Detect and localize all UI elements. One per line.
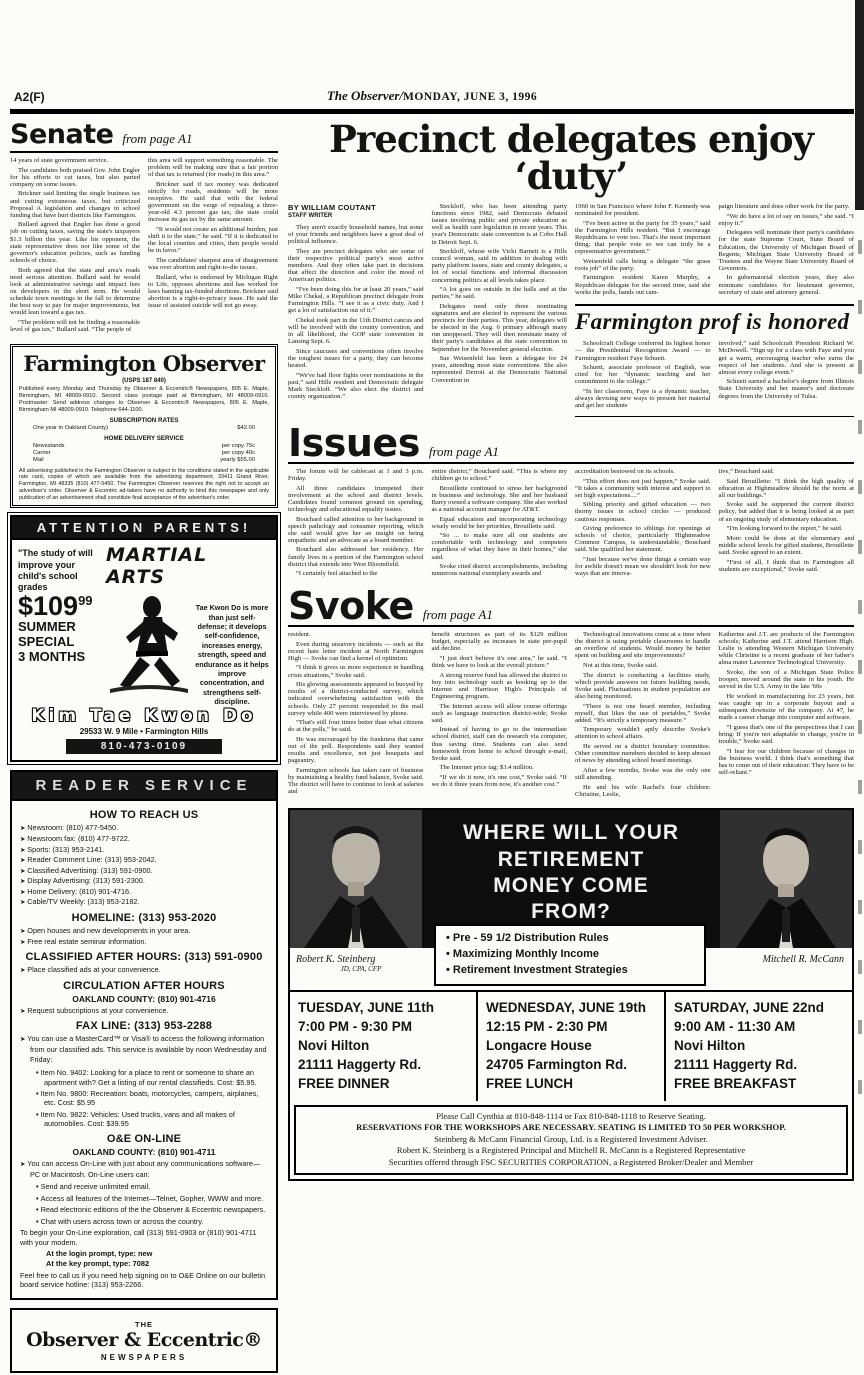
workshop-topics: Pre - 59 1/2 Distribution RulesMaximizin… [434, 924, 706, 986]
page-body: Senate from page A1 14 years of state go… [0, 114, 864, 1373]
paragraph: The candidates both praised Gov. John En… [10, 167, 140, 188]
homeline-list: Open houses and new developments in your… [20, 926, 268, 947]
paragraph: Steinberg & McCann Financial Group, Ltd.… [302, 1134, 840, 1146]
paragraph: Classified Advertising: (313) 591-0900. [20, 866, 268, 877]
rate-value: $42.00 [237, 425, 255, 432]
paragraph: involved,” said Schoolcraft President Ri… [719, 340, 855, 376]
paragraph: “I'm looking forward to the report,” he … [719, 525, 855, 532]
paragraph: Svoke, the son of a Michigan State Polic… [719, 669, 855, 690]
prof-col-1: Schoolcraft College conferred its highes… [575, 340, 711, 443]
svoke-col-2: benefit structures as part of its $129 m… [432, 631, 568, 800]
paragraph: “First of all, I think that in Farmingto… [719, 559, 855, 573]
paragraph: entire district,” Bouchard said. “This i… [432, 468, 568, 482]
rate-row: Newsstands per copy 75c [19, 443, 269, 450]
oe-online-title: O&E ON-LINE [20, 1133, 268, 1145]
session-venue: Novi Hilton [674, 1037, 844, 1056]
fax-items: Item No. 9402: Looking for a place to re… [20, 1068, 268, 1129]
mccann-photo [720, 810, 852, 948]
paragraph: Retirement Investment Strategies [446, 963, 694, 979]
paragraph: Request subscriptions at your convenienc… [20, 1006, 268, 1017]
paragraph: Home Delivery: (810) 901-4716. [20, 887, 268, 898]
paragraph: Robert K. Steinberg is a Registered Prin… [302, 1145, 840, 1157]
paragraph: You can access On-Line with just about a… [20, 1159, 268, 1180]
session-day: WEDNESDAY, JUNE 19th [486, 999, 656, 1018]
svoke-title: Svoke [288, 588, 414, 624]
session-venue: Longacre House [486, 1037, 656, 1056]
paragraph: RETIREMENT [422, 847, 720, 873]
rate-row: Carrier per copy 40c [19, 450, 269, 457]
issues-title: Issues [288, 425, 420, 461]
paragraph: “We do have a lot of say on issues,” she… [719, 213, 855, 227]
how-to-reach-us-title: HOW TO REACH US [20, 809, 268, 821]
session-card: SATURDAY, JUNE 22nd 9:00 AM - 11:30 AM N… [666, 992, 852, 1100]
paragraph: Instead of having to go to the intermedi… [432, 726, 568, 762]
masthead-box: Farmington Observer (USPS 187 840) Publi… [10, 344, 278, 509]
paragraph: Svoke said he supported the current dist… [719, 501, 855, 522]
paragraph: He served on a district boundary committ… [575, 743, 711, 764]
paragraph: Brouillette continued to stress her back… [432, 485, 568, 513]
home-delivery-title: HOME DELIVERY SERVICE [19, 435, 269, 442]
paragraph: “I think it gives us more experience in … [288, 664, 424, 678]
mccann-name: Mitchell R. McCann [763, 954, 844, 965]
paragraph: Item No. 9402: Looking for a place to re… [36, 1068, 268, 1087]
attention-parents-banner: ATTENTION PARENTS! [12, 517, 276, 540]
paragraph: 1960 in San Francisco where John F. Kenn… [575, 203, 711, 217]
session-venue: Novi Hilton [298, 1037, 468, 1056]
contact-list: Newsroom: (810) 477-5450.Newsroom fax: (… [20, 823, 268, 908]
paragraph: Farmington schools has taken care of bus… [288, 767, 424, 795]
paragraph: Sibling priority and gifted education — … [575, 501, 711, 522]
paragraph: Delegates will nominate their party's ca… [719, 229, 855, 272]
paragraph: Pre - 59 1/2 Distribution Rules [446, 931, 694, 947]
senate-col-1: 14 years of state government service.The… [10, 157, 140, 336]
paragraph: Svoke cited district accomplishments, in… [432, 563, 568, 577]
paragraph: Open houses and new developments in your… [20, 926, 268, 937]
paragraph: The district is conducting a facilities … [575, 672, 711, 700]
paragraph: tive,” Bouchard said. [719, 468, 855, 475]
publication-info: Published every Monday and Thursday by O… [19, 386, 269, 414]
price-dollars: $109 [18, 591, 78, 621]
paragraph: Chat with users across town or across th… [36, 1217, 268, 1226]
price-block: $10999 SUMMERSPECIAL3 MONTHS [18, 593, 104, 665]
paragraph: “I've been active in the party for 35 ye… [575, 220, 711, 256]
precinct-right-half: 1960 in San Francisco where John F. Kenn… [575, 203, 854, 417]
paragraph: FROM? [422, 899, 720, 925]
martial-arts-ad: ATTENTION PARENTS! "The study of will im… [10, 515, 278, 762]
paragraph: Bouchard called attention to her backgro… [288, 516, 424, 544]
paragraph: They aren't exactly household names, but… [288, 224, 424, 245]
paragraph: Read electronic editions of the the Obse… [36, 1205, 268, 1214]
paragraph: MONEY COME [422, 873, 720, 899]
taekwondo-blurb: Tae Kwon Do is more than just self-defen… [194, 593, 270, 706]
paragraph: “I just don't believe it's one area,” he… [432, 655, 568, 669]
paragraph: Sue Weisenfeld has been a delegate for 2… [432, 355, 568, 383]
paragraph: His glowing assessments appeared to buoy… [288, 681, 424, 717]
issues-col-4: tive,” Bouchard said.Said Brouillette: “… [719, 468, 855, 580]
paragraph: Securities offered through FSC SECURITIE… [302, 1157, 840, 1169]
login-prompt: At the login prompt, type: new [46, 1249, 268, 1259]
paragraph: “We've had floor fights over nominations… [288, 372, 424, 400]
reservation-fine-print: Please Call Cynthia at 810-848-1114 or F… [294, 1105, 848, 1175]
session-card: WEDNESDAY, JUNE 19th 12:15 PM - 2:30 PM … [478, 992, 666, 1100]
key-prompt: At the key prompt, type: 7082 [46, 1259, 268, 1269]
paragraph: “In her classroom, Faye is a dynamic tea… [575, 388, 711, 409]
classified-after-hours-title: CLASSIFIED AFTER HOURS: (313) 591-0900 [20, 951, 268, 963]
paragraph: Newsroom fax: (810) 477-9722. [20, 834, 268, 845]
paragraph: Reader Comment Line: (313) 953-2042. [20, 855, 268, 866]
session-meal: FREE LUNCH [486, 1075, 656, 1094]
svoke-heading: Svoke from page A1 [288, 588, 854, 627]
rate-label: Mail [33, 457, 44, 464]
online-county-line: OAKLAND COUNTY: (810) 901-4711 [20, 1147, 268, 1157]
paragraph: “So ... to make sure all our students ar… [432, 532, 568, 560]
paragraph: resident. [288, 631, 424, 638]
paragraph: Display Advertising: (313) 591-2300. [20, 876, 268, 887]
paragraph: paign literature and does other work for… [719, 203, 855, 210]
paragraph: He worked in manufacturing for 23 years,… [719, 693, 855, 721]
rate-value: per copy 40c [222, 450, 255, 457]
paragraph: Farmington resident Karen Murphy, a Repu… [575, 274, 711, 295]
advertising-legal: All advertising published in the Farming… [19, 468, 269, 502]
paragraph: Bullard, who is endorsed by Michigan Rig… [148, 274, 278, 310]
tagline-pre: "The study of [18, 548, 76, 558]
paper-name: The Observer/ [327, 88, 403, 103]
subscription-rates-title: SUBSCRIPTION RATES [19, 417, 269, 424]
tagline-row: "The study of will improve your child's … [18, 544, 270, 593]
paragraph: Steckloff, who has been attending party … [432, 203, 568, 246]
retirement-ad-middle: Robert K. Steinberg JD, CPA, CFP Pre - 5… [290, 948, 852, 990]
paragraph: WHERE WILL YOUR [422, 820, 720, 846]
precinct-col-3: 1960 in San Francisco where John F. Kenn… [575, 203, 711, 298]
price-cents: 99 [78, 593, 92, 608]
martial-arts-script: MARTIAL ARTS [106, 544, 270, 588]
online-items: Send and receive unlimited email.Access … [20, 1182, 268, 1226]
precinct-headline: Precinct delegates enjoy ‘duty’ [288, 121, 854, 195]
martial-artist-illustration [106, 593, 192, 697]
logo-the: THE [12, 1320, 276, 1329]
paragraph: benefit structures as part of its $129 m… [432, 631, 568, 652]
paragraph: “Just because we've done things a certai… [575, 556, 711, 577]
svoke-col-4: Katherine and J.T. are products of the F… [719, 631, 855, 800]
studio-name: Kim Tae Kwon Do [18, 706, 270, 726]
paragraph: Both agreed that the state and area's ro… [10, 267, 140, 317]
paragraph: “I fear for our children because of chan… [719, 748, 855, 776]
precinct-col-4: paign literature and does other work for… [719, 203, 855, 298]
left-column: Senate from page A1 14 years of state go… [10, 119, 278, 1373]
precinct-col-1: BY WILLIAM COUTANT STAFF WRITER They are… [288, 203, 424, 417]
paragraph: He was encouraged by the frankness that … [288, 736, 424, 764]
session-meal: FREE DINNER [298, 1075, 468, 1094]
rate-label: Newsstands [33, 443, 65, 450]
prof-headline: Farmington prof is honored [575, 309, 854, 335]
paragraph: “A lot goes on outside in the halls and … [432, 286, 568, 300]
paragraph: A strong reserve fund has allowed the di… [432, 672, 568, 700]
workshop-schedule: TUESDAY, JUNE 11th 7:00 PM - 9:30 PM Nov… [290, 990, 852, 1100]
paragraph: Chekal took part in the 11th District ca… [288, 317, 424, 345]
rate-label: Carrier [33, 450, 51, 457]
scan-artifact [855, 0, 864, 210]
logo-newspapers: NEWSPAPERS [12, 1353, 276, 1362]
top-margin [0, 0, 864, 88]
paragraph: The Internet price tag: $3.4 million. [432, 764, 568, 771]
paragraph: SUMMER [18, 620, 104, 635]
newspaper-page: A2(F) The Observer/MONDAY, JUNE 3, 1996 … [0, 0, 864, 1375]
circulation-after-hours-title: CIRCULATION AFTER HOURS [20, 980, 268, 992]
page-number: A2(F) [14, 90, 134, 104]
circulation-county-line: OAKLAND COUNTY: (810) 901-4716 [20, 994, 268, 1004]
paragraph: Schuett earned a bachelor's degree from … [719, 378, 855, 399]
paragraph: In gubernatorial election years, they al… [719, 274, 855, 295]
studio-phone: 810-473-0109 [66, 739, 222, 754]
session-time: 9:00 AM - 11:30 AM [674, 1018, 844, 1037]
steinberg-credentials: JD, CPA, CFP [296, 965, 426, 973]
paragraph: 3 MONTHS [18, 650, 104, 665]
paragraph: Sports: (313) 953-2141. [20, 845, 268, 856]
session-day: SATURDAY, JUNE 22nd [674, 999, 844, 1018]
precinct-col-2: Steckloff, who has been attending party … [432, 203, 568, 417]
paragraph: RESERVATIONS FOR THE WORKSHOPS ARE NECES… [302, 1122, 840, 1134]
senate-article: Senate from page A1 14 years of state go… [10, 119, 278, 336]
masthead-line: The Observer/MONDAY, JUNE 3, 1996 [134, 88, 730, 104]
paragraph: Giving preference to siblings for openin… [575, 525, 711, 553]
paragraph: “I guess that's one of the perspectives … [719, 724, 855, 745]
svoke-col-1: resident.Even during unsavory incidents … [288, 631, 424, 800]
reader-service-header: READER SERVICE [10, 770, 278, 801]
fax-line-title: FAX LINE: (313) 953-2288 [20, 1020, 268, 1032]
online-begin: To begin your On-Line exploration, call … [20, 1228, 268, 1247]
paragraph: Maximizing Monthly Income [446, 947, 694, 963]
paragraph: “I certainly feel attached to the [288, 570, 424, 577]
session-card: TUESDAY, JUNE 11th 7:00 PM - 9:30 PM Nov… [290, 992, 478, 1100]
steinberg-name: Robert K. Steinberg [296, 954, 375, 965]
paragraph: More could be done at the elementary and… [719, 535, 855, 556]
paragraph: “If we do it now, it's one cost,” Svoke … [432, 774, 568, 788]
paragraph: Since caucuses and conventions often inv… [288, 348, 424, 369]
precinct-left-half: BY WILLIAM COUTANT STAFF WRITER They are… [288, 203, 567, 417]
paragraph: SPECIAL [18, 635, 104, 650]
studio-address: 29533 W. 9 Mile • Farmington Hills [18, 727, 270, 736]
page-header: A2(F) The Observer/MONDAY, JUNE 3, 1996 [10, 88, 854, 114]
senate-title: Senate [10, 119, 113, 150]
paragraph: “This effort does not just happen,” Svok… [575, 478, 711, 499]
paragraph: this area will support something reasona… [148, 157, 278, 178]
paragraph: Please Call Cynthia at 810-848-1114 or F… [302, 1111, 840, 1123]
paragraph: “That's still four times better than wha… [288, 719, 424, 733]
svoke-col-3: Technological innovations come at a time… [575, 631, 711, 800]
fax-intro: You can use a MasterCard™ or Visa® to ac… [20, 1034, 268, 1066]
paragraph: Equal education and incorporating techno… [432, 516, 568, 530]
senate-heading: Senate from page A1 [10, 119, 278, 153]
issues-from: from page A1 [429, 444, 499, 460]
issues-col-2: entire district,” Bouchard said. “This i… [432, 468, 568, 580]
observer-eccentric-logo: THE Observer & Eccentric® NEWSPAPERS [10, 1308, 278, 1373]
session-time: 7:00 PM - 9:30 PM [298, 1018, 468, 1037]
session-time: 12:15 PM - 2:30 PM [486, 1018, 656, 1037]
summer-special: SUMMERSPECIAL3 MONTHS [18, 620, 104, 665]
paragraph: “It would not create an additional burde… [148, 226, 278, 254]
byline: BY WILLIAM COUTANT [288, 203, 424, 212]
paragraph: Free real estate seminar information. [20, 937, 268, 948]
paragraph: Bouchard also addressed her residency. H… [288, 546, 424, 567]
session-address: 24705 Farmington Rd. [486, 1056, 656, 1075]
paragraph: Item No. 9822: Vehicles: Used trucks, va… [36, 1110, 268, 1129]
paragraph: He and his wife Rachel's four children: … [575, 784, 711, 798]
paragraph: Even during unsavory incidents — such as… [288, 641, 424, 662]
online-help: Feel free to call us if you need help si… [20, 1271, 268, 1290]
paragraph: Schoolcraft College conferred its highes… [575, 340, 711, 361]
paragraph: Steckloff, whose wife Vicki Barnett is a… [432, 248, 568, 284]
homeline-title: HOMELINE: (313) 953-2020 [20, 912, 268, 924]
senate-from: from page A1 [122, 131, 192, 147]
price: $10999 [18, 593, 104, 620]
paragraph: Technological innovations come at a time… [575, 631, 711, 659]
paragraph: Delegates need only three nominating sig… [432, 303, 568, 353]
steinberg-photo [290, 810, 422, 948]
session-day: TUESDAY, JUNE 11th [298, 999, 468, 1018]
svoke-from: from page A1 [423, 607, 493, 623]
paragraph: The Internet access will allow course of… [432, 703, 568, 724]
paragraph: Said Brouillette: “I think the high qual… [719, 478, 855, 499]
observer-logo: Farmington Observer [19, 351, 269, 377]
paragraph: You can use a MasterCard™ or Visa® to ac… [20, 1034, 268, 1066]
ad-middle: $10999 SUMMERSPECIAL3 MONTHS [18, 593, 270, 706]
classified-list: Place classified ads at your convenience… [20, 965, 268, 976]
svoke-article: Svoke from page A1 resident.Even during … [288, 588, 854, 800]
rate-row: One year in Oakland County) $42.00 [19, 425, 269, 432]
usps-number: (USPS 187 840) [19, 378, 269, 384]
issues-col-1: The forum will be cablecast at 1 and 3 p… [288, 468, 424, 580]
session-address: 21111 Haggerty Rd. [674, 1056, 844, 1075]
paragraph: They are precinct delegates who are some… [288, 248, 424, 284]
paragraph: Brickner said limiting the single busine… [10, 190, 140, 218]
session-meal: FREE BREAKFAST [674, 1075, 844, 1094]
paragraph: The candidates' sharpest area of disagre… [148, 257, 278, 271]
rate-row: Mail yearly $55.00 [19, 457, 269, 464]
paragraph: Send and receive unlimited email. [36, 1182, 268, 1191]
mccann-caption: Mitchell R. McCann [714, 950, 846, 965]
paragraph: Weisenfeld calls being a delegate “the g… [575, 258, 711, 272]
paragraph: “There is not one board member, includin… [575, 703, 711, 724]
paragraph: Katherine and J.T. are products of the F… [719, 631, 855, 667]
paragraph: Access all features of the Internet—Teln… [36, 1194, 268, 1203]
scan-artifact [858, 240, 862, 1140]
issues-col-3: accreditation bestowed on its schools.“T… [575, 468, 711, 580]
paragraph: Not at this time, Svoke said. [575, 662, 711, 669]
paragraph: 14 years of state government service. [10, 157, 140, 164]
tagline: "The study of will improve your child's … [18, 544, 102, 593]
paragraph: Place classified ads at your convenience… [20, 965, 268, 976]
reader-service-box: HOW TO REACH US Newsroom: (810) 477-5450… [10, 801, 278, 1300]
rate-value: yearly $55.00 [220, 457, 255, 464]
senate-columns: 14 years of state government service.The… [10, 157, 278, 336]
martial-ad-body: "The study of will improve your child's … [12, 540, 276, 760]
paragraph: Cable/TV Weekly: (313) 953-2182. [20, 897, 268, 908]
prof-col-2: involved,” said Schoolcraft President Ri… [719, 340, 855, 443]
byline-title: STAFF WRITER [288, 213, 424, 219]
circulation-list: Request subscriptions at your convenienc… [20, 1006, 268, 1017]
session-address: 21111 Haggerty Rd. [298, 1056, 468, 1075]
paragraph: “I've been doing this for at least 20 ye… [288, 286, 424, 314]
precinct-col-1-text: They aren't exactly household names, but… [288, 224, 424, 400]
right-region: Precinct delegates enjoy ‘duty’ BY WILLI… [288, 119, 854, 1373]
paragraph: Item No. 9800: Recreation: boats, motorc… [36, 1089, 268, 1108]
online-intro: You can access On-Line with just about a… [20, 1159, 268, 1180]
paragraph: Temporary wouldn't aptly describe Svoke'… [575, 726, 711, 740]
precinct-article: BY WILLIAM COUTANT STAFF WRITER They are… [288, 203, 854, 417]
paragraph: Brickner said if tax money was dedicated… [148, 181, 278, 224]
paragraph: accreditation bestowed on its schools. [575, 468, 711, 475]
steinberg-caption: Robert K. Steinberg JD, CPA, CFP [296, 950, 426, 973]
paragraph: After a few months, Svoke was the only o… [575, 767, 711, 781]
rate-value: per copy 75c [222, 443, 255, 450]
issue-date: MONDAY, JUNE 3, 1996 [403, 91, 537, 103]
issues-article: Issues from page A1 The forum will be ca… [288, 425, 854, 580]
paragraph: Schuett, associate professor of English,… [575, 364, 711, 385]
reader-service: READER SERVICE HOW TO REACH US Newsroom:… [10, 770, 278, 1300]
retirement-ad: WHERE WILL YOURRETIREMENTMONEY COMEFROM? [288, 808, 854, 1180]
logo-name: Observer & Eccentric® [12, 1329, 276, 1351]
senate-col-2: this area will support something reasona… [148, 157, 278, 336]
rate-label: One year in Oakland County) [33, 425, 108, 432]
prof-honored-article: Farmington prof is honored Schoolcraft C… [575, 304, 854, 416]
paragraph: Newsroom: (810) 477-5450. [20, 823, 268, 834]
paragraph: All three candidates trumpeted their inv… [288, 485, 424, 513]
paragraph: “The problem will not be finding a reaso… [10, 319, 140, 333]
paragraph: Bullard agreed that Engler has done a go… [10, 221, 140, 264]
paragraph: The forum will be cablecast at 1 and 3 p… [288, 468, 424, 482]
